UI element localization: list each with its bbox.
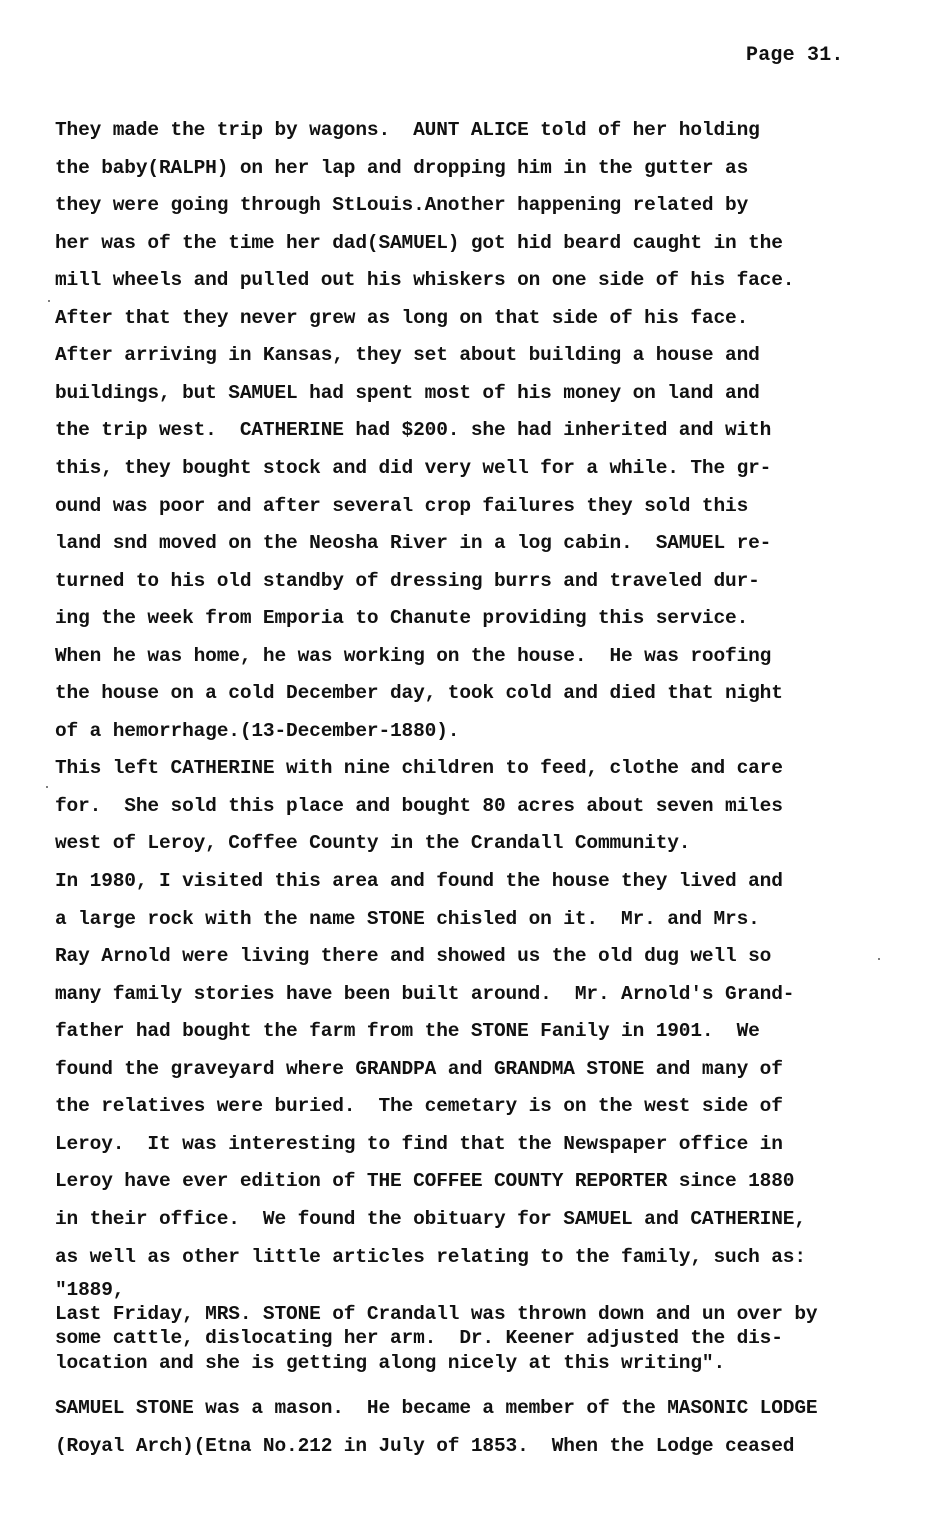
text-line: her was of the time her dad(SAMUEL) got …: [55, 229, 783, 257]
text-line: In 1980, I visited this area and found t…: [55, 867, 783, 895]
text-line: they were going through StLouis.Another …: [55, 191, 748, 219]
text-line: west of Leroy, Coffee County in the Cran…: [55, 829, 690, 857]
text-line: the baby(RALPH) on her lap and dropping …: [55, 154, 748, 182]
text-line: some cattle, dislocating her arm. Dr. Ke…: [55, 1326, 783, 1350]
text-line: as well as other little articles relatin…: [55, 1243, 806, 1271]
text-line: (Royal Arch)(Etna No.212 in July of 1853…: [55, 1432, 794, 1460]
text-line: ing the week from Emporia to Chanute pro…: [55, 604, 748, 632]
text-line: Leroy have ever edition of THE COFFEE CO…: [55, 1167, 794, 1195]
scan-speck: [48, 300, 50, 302]
text-line: ound was poor and after several crop fai…: [55, 492, 748, 520]
text-line: After arriving in Kansas, they set about…: [55, 341, 760, 369]
text-line: father had bought the farm from the STON…: [55, 1017, 760, 1045]
text-line: When he was home, he was working on the …: [55, 642, 771, 670]
text-line: location and she is getting along nicely…: [55, 1351, 725, 1375]
text-line: the relatives were buried. The cemetary …: [55, 1092, 783, 1120]
text-line: This left CATHERINE with nine children t…: [55, 754, 783, 782]
page-number: Page 31.: [746, 44, 844, 67]
text-line: the house on a cold December day, took c…: [55, 679, 783, 707]
scan-speck: [878, 958, 880, 960]
text-line: of a hemorrhage.(13-December-1880).: [55, 717, 459, 745]
text-line: "1889,: [55, 1278, 124, 1302]
text-line: many family stories have been built arou…: [55, 980, 794, 1008]
text-line: turned to his old standby of dressing bu…: [55, 567, 760, 595]
text-line: found the graveyard where GRANDPA and GR…: [55, 1055, 783, 1083]
text-line: Leroy. It was interesting to find that t…: [55, 1130, 783, 1158]
text-line: buildings, but SAMUEL had spent most of …: [55, 379, 760, 407]
text-line: mill wheels and pulled out his whiskers …: [55, 266, 794, 294]
text-line: the trip west. CATHERINE had $200. she h…: [55, 416, 771, 444]
text-line: Ray Arnold were living there and showed …: [55, 942, 771, 970]
text-line: in their office. We found the obituary f…: [55, 1205, 806, 1233]
text-line: They made the trip by wagons. AUNT ALICE…: [55, 116, 760, 144]
text-line: for. She sold this place and bought 80 a…: [55, 792, 783, 820]
text-line: Last Friday, MRS. STONE of Crandall was …: [55, 1302, 817, 1326]
text-line: After that they never grew as long on th…: [55, 304, 748, 332]
scan-speck: [46, 786, 48, 788]
text-line: land snd moved on the Neosha River in a …: [55, 529, 771, 557]
text-line: SAMUEL STONE was a mason. He became a me…: [55, 1394, 817, 1422]
text-line: a large rock with the name STONE chisled…: [55, 905, 760, 933]
text-line: this, they bought stock and did very wel…: [55, 454, 771, 482]
